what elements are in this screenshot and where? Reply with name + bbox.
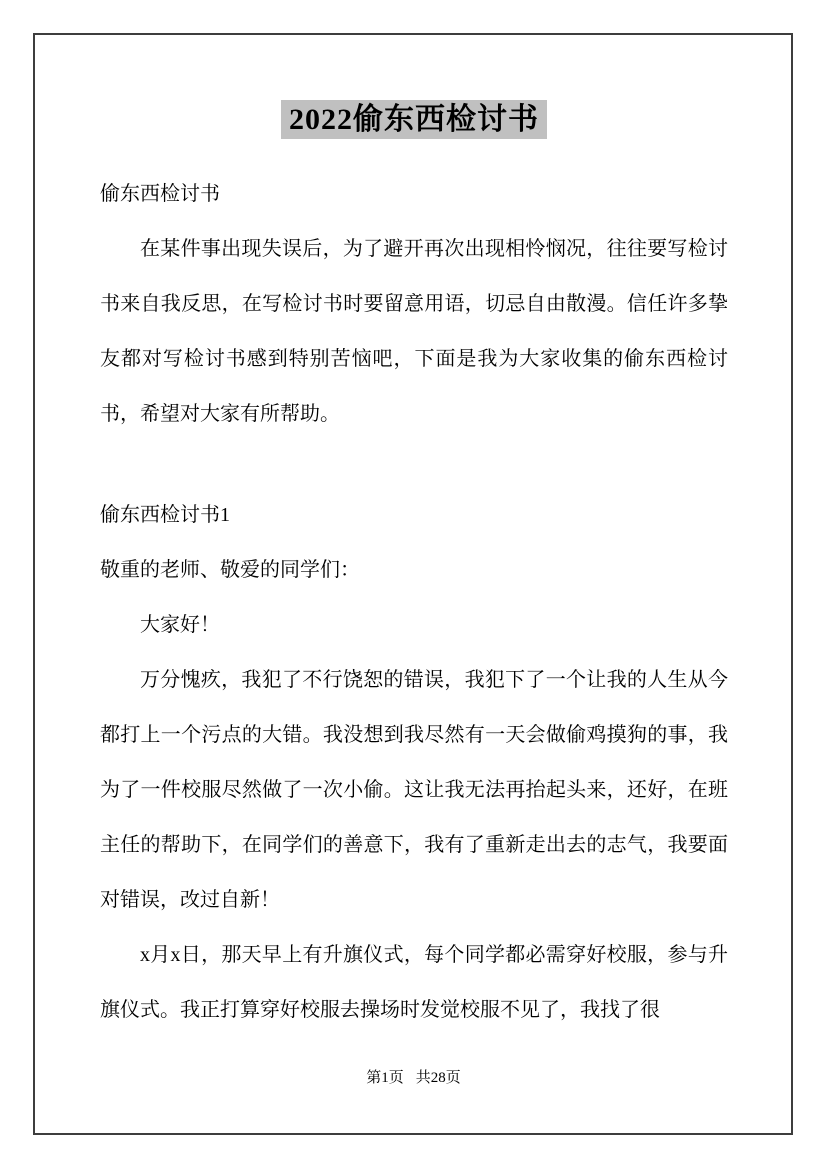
paragraph-intro: 在某件事出现失误后，为了避开再次出现相怜悯况，往往要写检讨书来自我反思，在写检讨… [100,222,728,442]
paragraph-doc-label: 偷东西检讨书 [100,167,728,222]
page-number-footer: 第1页共28页 [0,1068,827,1088]
total-pages-label: 共28页 [416,1070,461,1086]
section-heading-letter-1: 偷东西检讨书1 [100,488,728,543]
paragraph-salutation: 敬重的老师、敬爱的同学们： [100,543,728,598]
blank-line [100,442,728,488]
document-page: 2022偷东西检讨书 偷东西检讨书 在某件事出现失误后，为了避开再次出现相怜悯况… [0,0,827,1170]
document-body: 2022偷东西检讨书 偷东西检讨书 在某件事出现失误后，为了避开再次出现相怜悯况… [100,95,728,1038]
document-title: 2022偷东西检讨书 [100,95,728,145]
paragraph-apology: 万分愧疚，我犯了不行饶恕的错误，我犯下了一个让我的人生从今都打上一个污点的大错。… [100,653,728,928]
current-page-label: 第1页 [366,1070,404,1086]
paragraph-greeting: 大家好！ [100,598,728,653]
title-highlight: 2022偷东西检讨书 [281,100,547,139]
paragraph-incident: x月x日，那天早上有升旗仪式，每个同学都必需穿好校服，参与升旗仪式。我正打算穿好… [100,928,728,1038]
